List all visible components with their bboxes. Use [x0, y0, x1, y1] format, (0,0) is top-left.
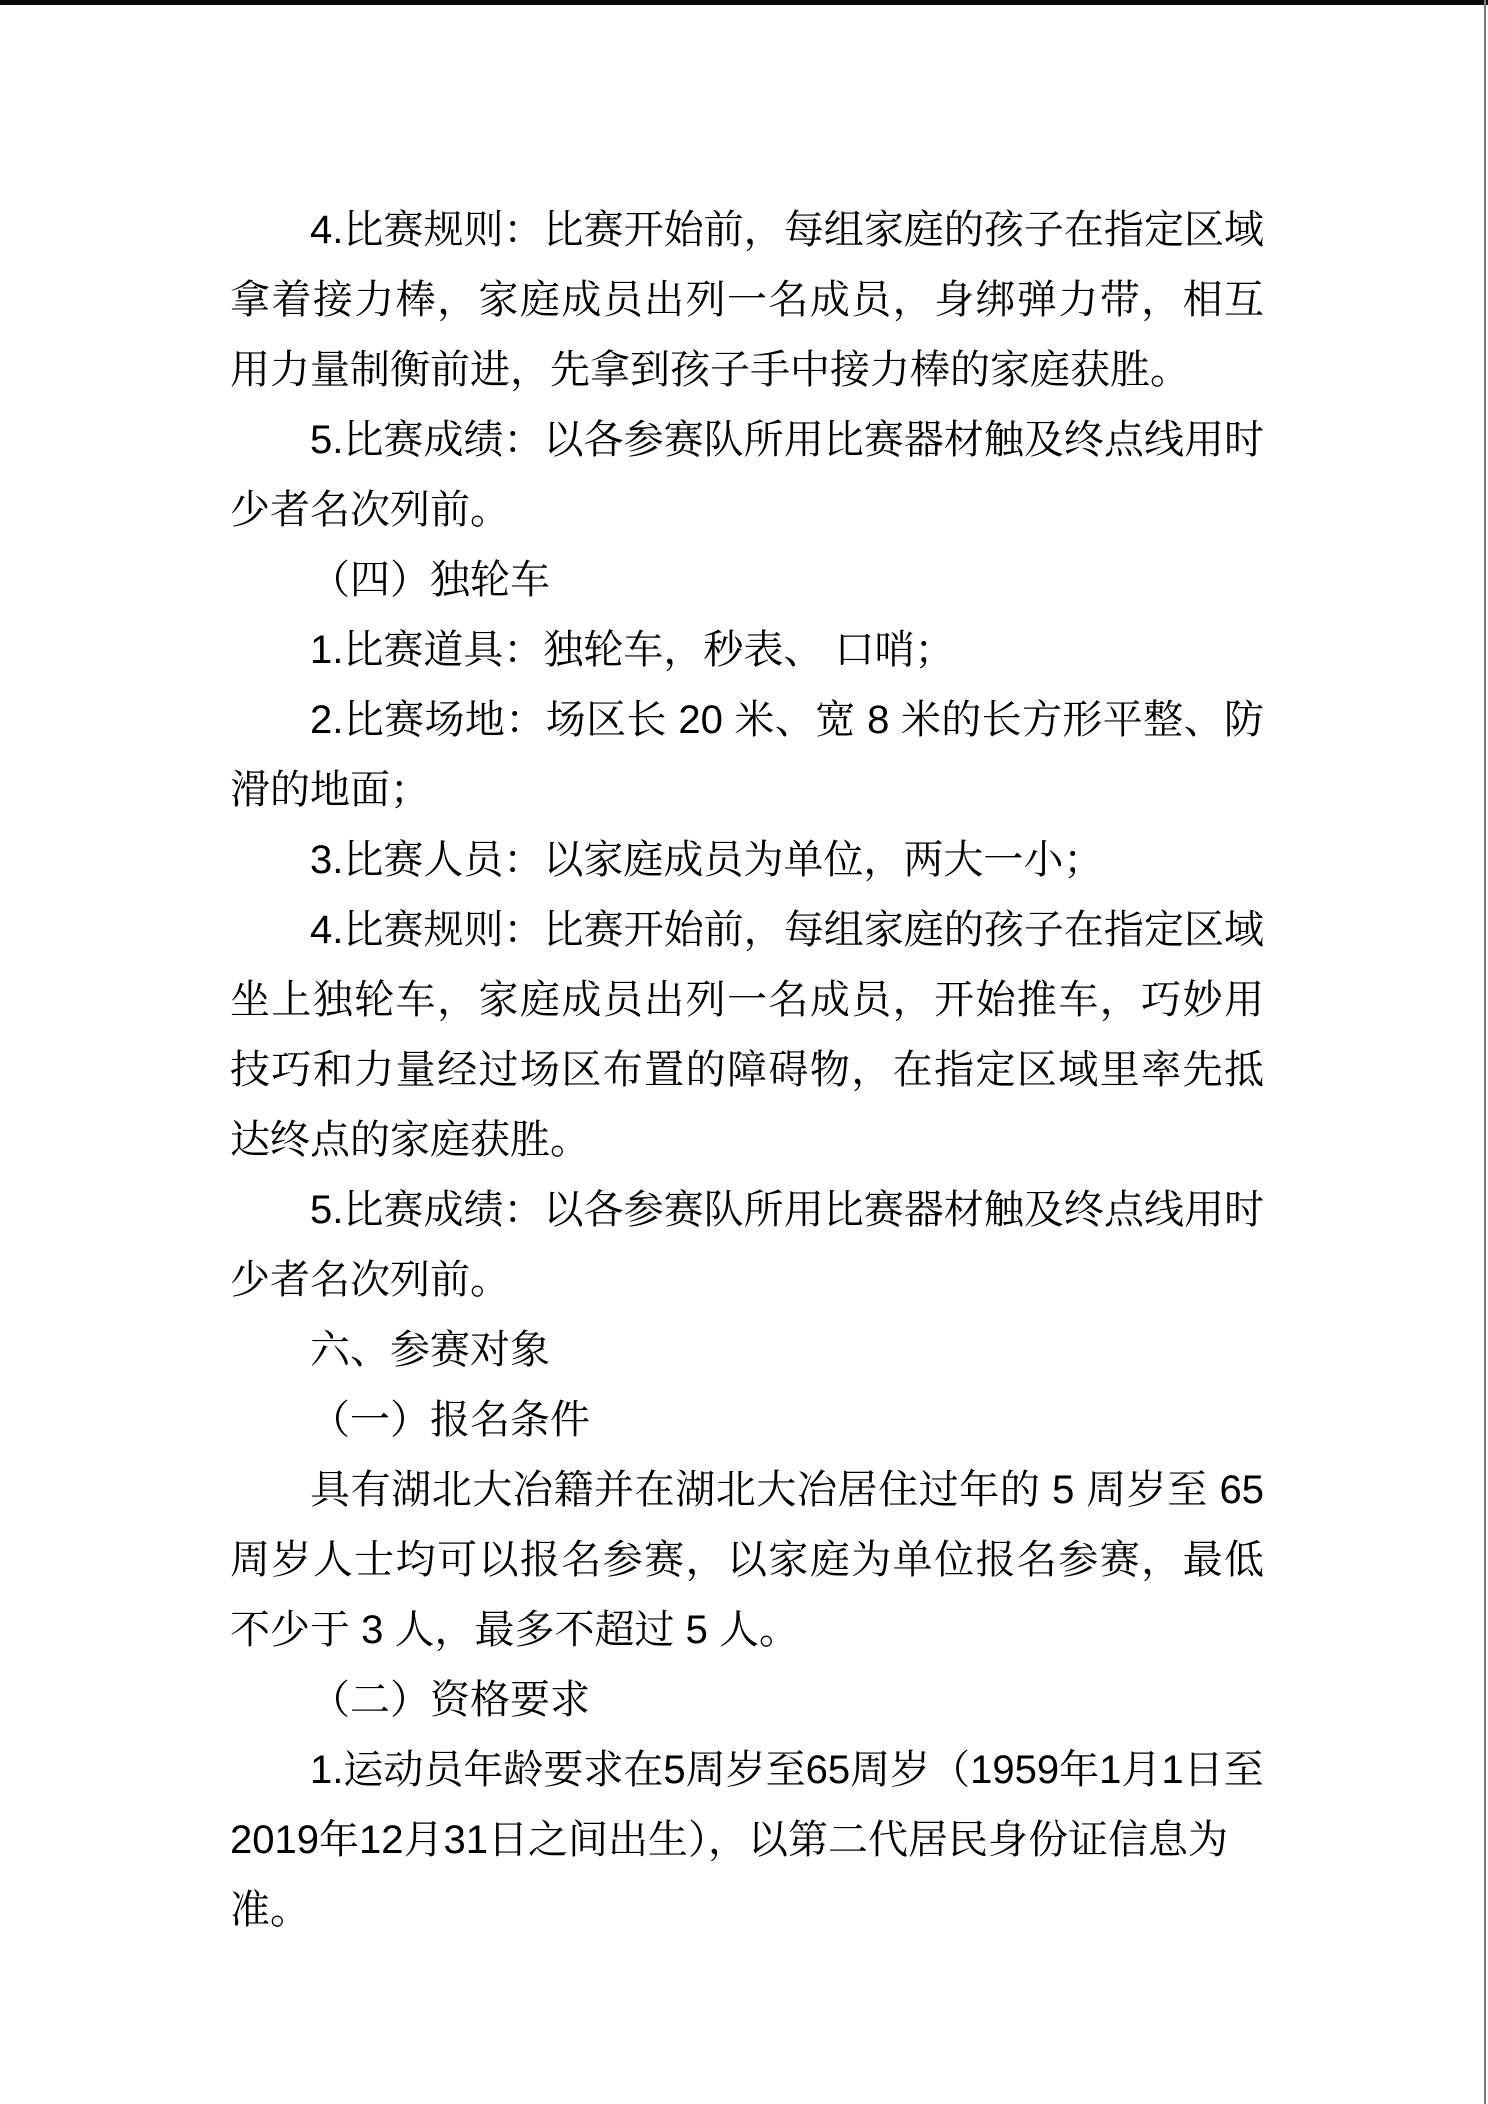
para-unicycle-results: 5.比赛成绩：以各参赛队所用比赛器材触及终点线用时少者名次列前。 [230, 1175, 1264, 1315]
document-page: 4.比赛规则：比赛开始前，每组家庭的孩子在指定区域拿着接力棒，家庭成员出列一名成… [0, 0, 1488, 2104]
heading-participants: 六、参赛对象 [230, 1315, 1264, 1385]
para-unicycle-props: 1.比赛道具：独轮车，秒表、 口哨； [230, 615, 1264, 685]
para-relay-rules: 4.比赛规则：比赛开始前，每组家庭的孩子在指定区域拿着接力棒，家庭成员出列一名成… [230, 195, 1264, 405]
para-unicycle-field: 2.比赛场地：场区长 20 米、宽 8 米的长方形平整、防滑的地面； [230, 685, 1264, 825]
document-body: 4.比赛规则：比赛开始前，每组家庭的孩子在指定区域拿着接力棒，家庭成员出列一名成… [230, 195, 1264, 1945]
page-right-border [1484, 0, 1486, 2104]
para-registration-conditions: 具有湖北大冶籍并在湖北大冶居住过年的 5 周岁至 65 周岁人士均可以报名参赛，… [230, 1455, 1264, 1665]
heading-unicycle: （四）独轮车 [230, 545, 1264, 615]
para-age-requirement: 1.运动员年龄要求在5周岁至65周岁（1959年1月1日至2019年12月31日… [230, 1735, 1264, 1945]
heading-qualification: （二）资格要求 [230, 1665, 1264, 1735]
para-relay-results: 5.比赛成绩：以各参赛队所用比赛器材触及终点线用时少者名次列前。 [230, 405, 1264, 545]
page-top-border [0, 0, 1488, 5]
heading-registration-conditions: （一）报名条件 [230, 1385, 1264, 1455]
para-unicycle-members: 3.比赛人员：以家庭成员为单位，两大一小； [230, 825, 1264, 895]
para-unicycle-rules: 4.比赛规则：比赛开始前，每组家庭的孩子在指定区域坐上独轮车，家庭成员出列一名成… [230, 895, 1264, 1175]
